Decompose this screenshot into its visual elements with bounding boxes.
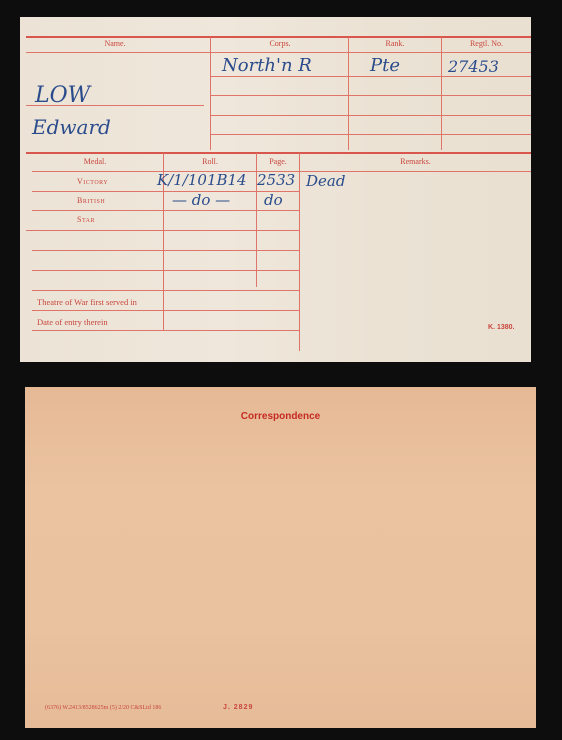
- rule: [210, 134, 531, 135]
- remarks-victory: Dead: [306, 172, 345, 190]
- rule: [210, 76, 531, 77]
- medal-row-victory: Victory: [77, 177, 108, 186]
- forename-value: Edward: [32, 115, 111, 139]
- remarks-header: Remarks.: [300, 157, 531, 166]
- correspondence-title: Correspondence: [25, 411, 536, 422]
- corps-value: North'n R: [222, 55, 312, 76]
- medal-row-star: Star: [77, 215, 95, 224]
- rule: [32, 270, 299, 271]
- rule: [32, 330, 299, 331]
- theatre-label: Theatre of War first served in: [37, 297, 137, 307]
- rule: [32, 290, 299, 291]
- rank-value: Pte: [370, 55, 400, 76]
- rule: [210, 95, 531, 96]
- date-entry-label: Date of entry therein: [37, 317, 108, 327]
- medal-header-rule: [26, 152, 531, 154]
- page-victory: 2533: [257, 171, 295, 189]
- form-code: J. 2829: [223, 704, 253, 711]
- medal-index-card-front: Name. Corps. Rank. Regtl. No. LOW Edward…: [20, 17, 531, 362]
- rule: [26, 230, 299, 231]
- page-british: do: [264, 191, 283, 209]
- printer-line: (6376) W.2413/8528625m (5) 2/20 C&SLtd 1…: [45, 705, 161, 711]
- roll-british: — do —: [172, 191, 230, 209]
- surname-value: LOW: [35, 83, 90, 108]
- rule: [32, 250, 299, 251]
- divider: [299, 153, 300, 351]
- regt-no-header: Regtl. No.: [442, 39, 531, 48]
- rule: [32, 191, 299, 192]
- medal-header: Medal.: [40, 157, 150, 166]
- roll-victory: K/1/101B14: [157, 171, 247, 189]
- rule: [26, 52, 531, 53]
- rule: [32, 310, 299, 311]
- regt-no-value: 27453: [448, 57, 499, 76]
- page-header: Page.: [257, 157, 299, 166]
- corps-header: Corps.: [215, 39, 345, 48]
- rule: [32, 210, 299, 211]
- header-rule: [26, 36, 531, 38]
- rule: [210, 115, 531, 116]
- form-number: K. 1380.: [488, 324, 514, 331]
- roll-header: Roll.: [165, 157, 255, 166]
- name-header: Name.: [60, 39, 170, 48]
- medal-index-card-back: Correspondence (6376) W.2413/8528625m (5…: [25, 387, 536, 728]
- rank-header: Rank.: [350, 39, 440, 48]
- medal-row-british: British: [77, 196, 105, 205]
